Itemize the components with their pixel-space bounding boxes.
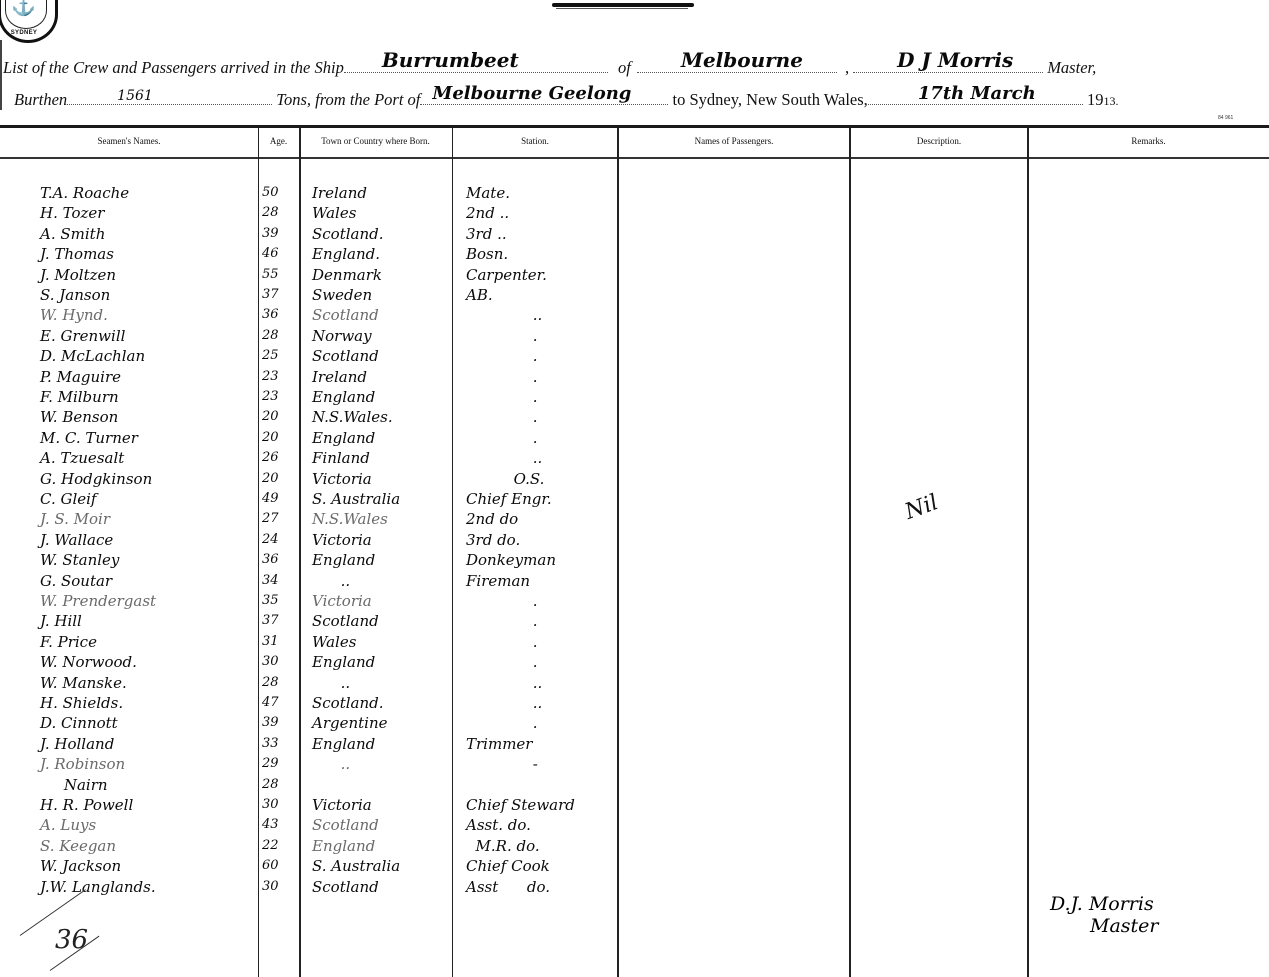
crew-name: S. Keegan (40, 836, 255, 856)
crew-age: 28 (262, 203, 298, 223)
crew-birthplace: .. (312, 754, 452, 774)
port-of-registry-field: Melbourne (637, 58, 837, 73)
master-name: D J Morris (897, 48, 1013, 72)
crew-age: 29 (262, 754, 298, 774)
crew-age: 20 (262, 469, 298, 489)
crew-age: 30 (262, 652, 298, 672)
crew-station: .. (466, 305, 616, 325)
crew-age: 20 (262, 428, 298, 448)
crew-age: 23 (262, 367, 298, 387)
crew-name: J. Moltzen (40, 265, 255, 285)
crew-row: C. Gleif49S. AustraliaChief Engr. (0, 489, 1269, 509)
crew-row: H. Tozer28Wales2nd .. (0, 203, 1269, 223)
signature-name: D.J. Morris (1050, 893, 1159, 915)
col-header-remarks: Remarks. (1028, 128, 1269, 156)
year-suffix: 13. (1103, 94, 1118, 108)
port-of-registry: Melbourne (681, 48, 803, 72)
crew-name: D. Cinnott (40, 713, 255, 733)
burthen-label: Burthen (14, 90, 67, 109)
crew-station: 2nd do (466, 509, 616, 529)
crew-station: Trimmer (466, 734, 616, 754)
crew-station: . (466, 713, 616, 733)
crew-station: . (466, 407, 616, 427)
crew-name: J. Holland (40, 734, 255, 754)
crew-row: P. Maguire23Ireland . (0, 367, 1269, 387)
crew-name: W. Stanley (40, 550, 255, 570)
crew-name: W. Benson (40, 407, 255, 427)
crew-age: 37 (262, 611, 298, 631)
crew-row: T.A. Roache50IrelandMate. (0, 183, 1269, 203)
crew-name: H. R. Powell (40, 795, 255, 815)
crew-name: W. Norwood. (40, 652, 255, 672)
crew-age: 31 (262, 632, 298, 652)
crew-station: Chief Steward (466, 795, 616, 815)
crew-station: 3rd .. (466, 224, 616, 244)
crew-row: J. Holland33EnglandTrimmer (0, 734, 1269, 754)
crew-age: 50 (262, 183, 298, 203)
crew-birthplace: .. (312, 571, 452, 591)
crew-station: . (466, 367, 616, 387)
crew-age: 26 (262, 448, 298, 468)
table-header-row: Seamen's Names. Age. Town or Country whe… (0, 128, 1269, 156)
crew-row: W. Jackson60S. AustraliaChief Cook (0, 856, 1269, 876)
crew-name: F. Price (40, 632, 255, 652)
crew-age: 28 (262, 326, 298, 346)
crew-name: Nairn (40, 775, 255, 795)
crew-age: 22 (262, 836, 298, 856)
header-bottom-rule (0, 157, 1269, 159)
crew-birthplace: England (312, 836, 452, 856)
crew-age: 30 (262, 795, 298, 815)
year-prefix: 19 (1087, 90, 1104, 109)
master-signature: D.J. Morris Master (1050, 893, 1159, 937)
crew-name: J. Robinson (40, 754, 255, 774)
crew-age: 23 (262, 387, 298, 407)
crew-birthplace: N.S.Wales. (312, 407, 452, 427)
crew-age: 39 (262, 224, 298, 244)
crew-station: .. (466, 673, 616, 693)
crew-name: A. Tzuesalt (40, 448, 255, 468)
crew-row: M. C. Turner20England . (0, 428, 1269, 448)
crew-row: J. Wallace24Victoria3rd do. (0, 530, 1269, 550)
crew-name: A. Luys (40, 815, 255, 835)
crew-age: 27 (262, 509, 298, 529)
crew-station: Donkeyman (466, 550, 616, 570)
crew-station: AB. (466, 285, 616, 305)
crew-row: F. Price31Wales . (0, 632, 1269, 652)
crew-station: . (466, 591, 616, 611)
crew-station: .. (466, 693, 616, 713)
crew-row: J. Robinson29 .. - (0, 754, 1269, 774)
crew-row: E. Grenwill28Norway . (0, 326, 1269, 346)
tons-label: Tons, from the Port of (276, 90, 420, 109)
crew-name: E. Grenwill (40, 326, 255, 346)
crew-birthplace: Finland (312, 448, 452, 468)
date-month-text: March (971, 83, 1036, 104)
crew-station: - (466, 754, 616, 774)
col-header-passengers: Names of Passengers. (618, 128, 850, 156)
crew-row: F. Milburn23England . (0, 387, 1269, 407)
crew-age: 28 (262, 673, 298, 693)
crew-station: O.S. (466, 469, 616, 489)
crew-station: Asst do. (466, 877, 616, 897)
crew-name: J. Hill (40, 611, 255, 631)
crew-age: 34 (262, 571, 298, 591)
crew-station: Bosn. (466, 244, 616, 264)
crew-age: 43 (262, 815, 298, 835)
anchor-seal-icon: ⚓ (11, 0, 36, 16)
crew-row: D. McLachlan25Scotland . (0, 346, 1269, 366)
form-number: 84 961 (1218, 115, 1233, 121)
year: 1913. (1087, 90, 1119, 109)
header-line-1: List of the Crew and Passengers arrived … (3, 58, 1096, 78)
left-margin-rule (0, 40, 2, 110)
crew-row: H. R. Powell30VictoriaChief Steward (0, 795, 1269, 815)
crew-birthplace: England. (312, 244, 452, 264)
crew-name: W. Prendergast (40, 591, 255, 611)
crew-birthplace: S. Australia (312, 489, 452, 509)
date-day-text: 17th (918, 83, 964, 104)
crew-row: J. Thomas46England.Bosn. (0, 244, 1269, 264)
crew-age: 36 (262, 550, 298, 570)
to-label: to Sydney, New South Wales, (673, 90, 868, 109)
crew-age: 49 (262, 489, 298, 509)
crew-name: H. Shields. (40, 693, 255, 713)
crew-birthplace: Scotland (312, 346, 452, 366)
crew-birthplace (312, 775, 452, 795)
crew-birthplace: England (312, 550, 452, 570)
crew-birthplace: Scotland (312, 815, 452, 835)
crew-age: 39 (262, 713, 298, 733)
crew-row: G. Soutar34 ..Fireman (0, 571, 1269, 591)
crew-name: H. Tozer (40, 203, 255, 223)
crew-name: F. Milburn (40, 387, 255, 407)
crew-row: Nairn28 (0, 775, 1269, 795)
crew-birthplace: Scotland (312, 877, 452, 897)
ship-name-field: Burrumbeet (344, 58, 608, 73)
crew-birthplace: N.S.Wales (312, 509, 452, 529)
crew-station: Asst. do. (466, 815, 616, 835)
crew-birthplace: Scotland (312, 305, 452, 325)
crew-station: . (466, 652, 616, 672)
crew-birthplace: England (312, 734, 452, 754)
master-label: Master, (1047, 58, 1096, 77)
crew-row: S. Keegan22England M.R. do. (0, 836, 1269, 856)
crew-birthplace: Scotland (312, 611, 452, 631)
crew-station: Fireman (466, 571, 616, 591)
crew-age: 37 (262, 285, 298, 305)
crew-station: . (466, 346, 616, 366)
crew-row: W. Stanley36EnglandDonkeyman (0, 550, 1269, 570)
col-header-age: Age. (258, 128, 299, 156)
crew-birthplace: Denmark (312, 265, 452, 285)
crew-birthplace: England (312, 428, 452, 448)
crew-tally: 36 (55, 925, 88, 955)
crew-age: 47 (262, 693, 298, 713)
crew-age: 30 (262, 877, 298, 897)
crew-row: S. Janson37SwedenAB. (0, 285, 1269, 305)
crew-age: 55 (262, 265, 298, 285)
col-header-town-or-country: Town or Country where Born. (299, 128, 452, 156)
crew-row: J. Moltzen55DenmarkCarpenter. (0, 265, 1269, 285)
crew-age: 24 (262, 530, 298, 550)
crew-row: W. Manske.28 .. .. (0, 673, 1269, 693)
crew-name: S. Janson (40, 285, 255, 305)
crew-name: J.W. Langlands. (40, 877, 255, 897)
crew-station: Carpenter. (466, 265, 616, 285)
crew-name: W. Manske. (40, 673, 255, 693)
col-header-seamens-names: Seamen's Names. (0, 128, 258, 156)
crew-name: C. Gleif (40, 489, 255, 509)
crew-row: W. Norwood.30England . (0, 652, 1269, 672)
crew-name: W. Hynd. (40, 305, 255, 325)
crew-birthplace: Sweden (312, 285, 452, 305)
crew-name: J. Thomas (40, 244, 255, 264)
crew-age: 20 (262, 407, 298, 427)
crew-name: G. Soutar (40, 571, 255, 591)
crew-row: W. Benson20N.S.Wales. . (0, 407, 1269, 427)
crew-row: W. Hynd.36Scotland .. (0, 305, 1269, 325)
crew-station: .. (466, 448, 616, 468)
col-header-description: Description. (850, 128, 1028, 156)
crew-row: A. Smith39Scotland.3rd .. (0, 224, 1269, 244)
crew-station: . (466, 632, 616, 652)
crew-station: 3rd do. (466, 530, 616, 550)
crew-birthplace: S. Australia (312, 856, 452, 876)
crew-station: . (466, 611, 616, 631)
seal-text: SYDNEY (1, 30, 47, 36)
crew-birthplace: Ireland (312, 367, 452, 387)
crew-birthplace: Norway (312, 326, 452, 346)
date-day: 17th March (918, 83, 1036, 104)
of-label: of (618, 58, 631, 77)
ship-name: Burrumbeet (382, 48, 519, 72)
crew-birthplace: Scotland. (312, 693, 452, 713)
crew-station: Chief Cook (466, 856, 616, 876)
crew-station: M.R. do. (466, 836, 616, 856)
crew-birthplace: Wales (312, 203, 452, 223)
signature-title: Master (1050, 915, 1159, 937)
crew-station: 2nd .. (466, 203, 616, 223)
crew-row: D. Cinnott39Argentine . (0, 713, 1269, 733)
crew-birthplace: Victoria (312, 795, 452, 815)
crew-age: 35 (262, 591, 298, 611)
crew-row: J. Hill37Scotland . (0, 611, 1269, 631)
crew-name: M. C. Turner (40, 428, 255, 448)
crew-name: W. Jackson (40, 856, 255, 876)
crew-name: P. Maguire (40, 367, 255, 387)
crew-birthplace: Wales (312, 632, 452, 652)
burthen-value: 1561 (117, 88, 153, 104)
from-port: Melbourne Geelong (432, 83, 631, 104)
crew-name: J. Wallace (40, 530, 255, 550)
crew-birthplace: Ireland (312, 183, 452, 203)
crew-station: . (466, 428, 616, 448)
crew-age: 33 (262, 734, 298, 754)
crew-station (466, 775, 616, 795)
crew-birthplace: Victoria (312, 591, 452, 611)
crew-station: . (466, 326, 616, 346)
crew-name: T.A. Roache (40, 183, 255, 203)
crew-age: 28 (262, 775, 298, 795)
crew-birthplace: Argentine (312, 713, 452, 733)
crew-age: 60 (262, 856, 298, 876)
crew-birthplace: .. (312, 673, 452, 693)
crew-row: H. Shields.47Scotland. .. (0, 693, 1269, 713)
crew-row: A. Luys43ScotlandAsst. do. (0, 815, 1269, 835)
crew-row: A. Tzuesalt26Finland .. (0, 448, 1269, 468)
header-line-2: Burthen1561 Tons, from the Port ofMelbou… (14, 90, 1118, 110)
burthen-field: 1561 (67, 90, 272, 105)
crew-row: G. Hodgkinson20Victoria O.S. (0, 469, 1269, 489)
crew-birthplace: England (312, 652, 452, 672)
top-decorative-rule (552, 3, 694, 7)
crew-birthplace: Scotland. (312, 224, 452, 244)
crew-name: J. S. Moir (40, 509, 255, 529)
from-port-field: Melbourne Geelong (420, 90, 668, 105)
sydney-seal: ⚓ SYDNEY (0, 0, 58, 43)
list-title-prefix: List of the Crew and Passengers arrived … (3, 58, 344, 77)
crew-birthplace: Victoria (312, 530, 452, 550)
crew-row: W. Prendergast35Victoria . (0, 591, 1269, 611)
crew-age: 25 (262, 346, 298, 366)
master-name-field: D J Morris (853, 58, 1043, 73)
crew-station: Mate. (466, 183, 616, 203)
comma: , (845, 58, 849, 77)
crew-age: 46 (262, 244, 298, 264)
col-header-station: Station. (452, 128, 618, 156)
crew-station: Chief Engr. (466, 489, 616, 509)
crew-name: A. Smith (40, 224, 255, 244)
crew-name: D. McLachlan (40, 346, 255, 366)
crew-row: J. S. Moir27N.S.Wales2nd do (0, 509, 1269, 529)
crew-birthplace: England (312, 387, 452, 407)
crew-station: . (466, 387, 616, 407)
top-decorative-rule-thin (556, 8, 688, 9)
crew-age: 36 (262, 305, 298, 325)
crew-name: G. Hodgkinson (40, 469, 255, 489)
crew-birthplace: Victoria (312, 469, 452, 489)
date-field: 17th March (868, 90, 1083, 105)
